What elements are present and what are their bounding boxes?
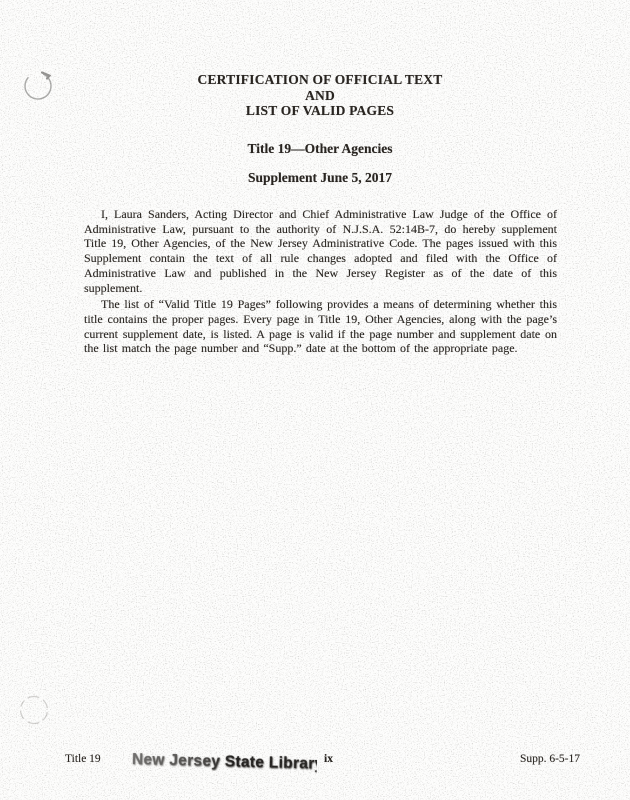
- page-number: ix: [324, 753, 333, 765]
- scan-noise-texture: [0, 0, 630, 800]
- scan-artifact-marks: [0, 0, 630, 800]
- scanned-document-page: CERTIFICATION OF OFFICIAL TEXT AND LIST …: [0, 0, 630, 800]
- footer-title-label: Title 19: [65, 753, 101, 765]
- page-footer: Title 19 New Jersey State Library ix Sup…: [0, 751, 630, 781]
- heading-line-2: AND: [84, 88, 556, 104]
- title-heading: Title 19—Other Agencies: [84, 141, 556, 157]
- footer-supp-date: Supp. 6-5-17: [520, 753, 580, 765]
- supplement-date-heading: Supplement June 5, 2017: [84, 170, 556, 186]
- heading-line-3: LIST OF VALID PAGES: [84, 103, 556, 119]
- circle-mark-top-left: [20, 68, 56, 104]
- heading-line-1: CERTIFICATION OF OFFICIAL TEXT: [84, 72, 556, 88]
- body-text: I, Laura Sanders, Acting Director and Ch…: [84, 207, 557, 358]
- paragraph-valid-pages: The list of “Valid Title 19 Pages” follo…: [84, 297, 557, 356]
- circle-mark-bottom-left: [17, 693, 52, 728]
- library-stamp: New Jersey State Library: [132, 751, 317, 774]
- certification-heading: CERTIFICATION OF OFFICIAL TEXT AND LIST …: [84, 72, 556, 119]
- paragraph-certification: I, Laura Sanders, Acting Director and Ch…: [84, 207, 557, 295]
